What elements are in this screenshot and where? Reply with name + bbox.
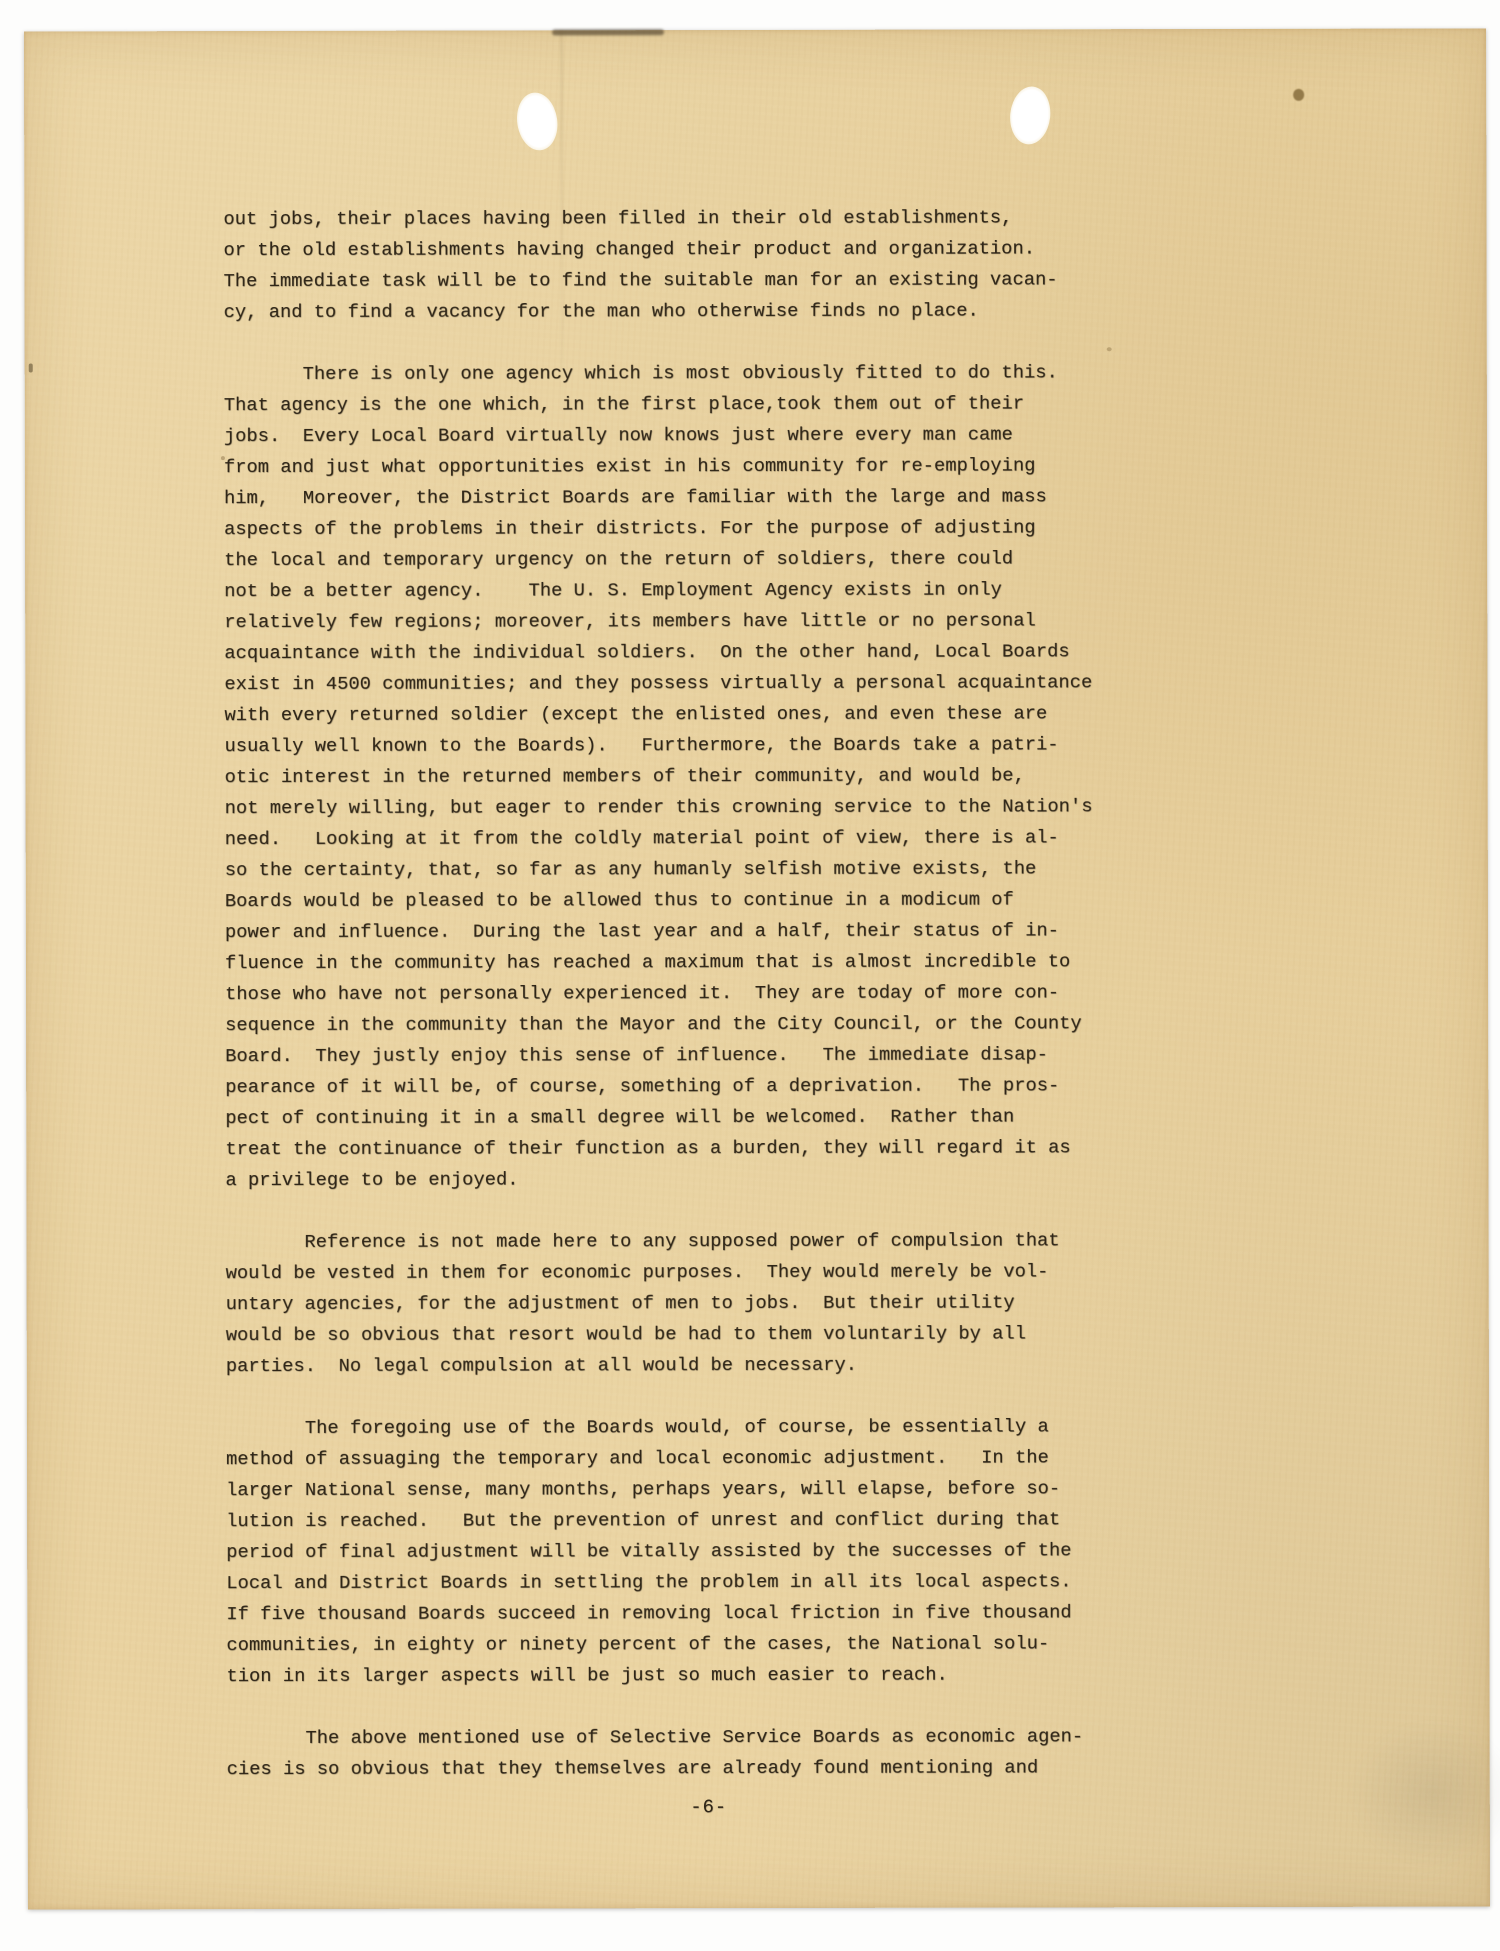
page-number: -6- bbox=[259, 1791, 1159, 1824]
text-line: not be a better agency. The U. S. Employ… bbox=[224, 574, 1184, 607]
text-line: so the certainty, that, so far as any hu… bbox=[225, 853, 1185, 886]
text-line: The foregoing use of the Boards would, o… bbox=[226, 1411, 1186, 1444]
text-line: aspects of the problems in their distric… bbox=[224, 512, 1184, 545]
text-line: The immediate task will be to find the s… bbox=[224, 264, 1184, 297]
text-line: need. Looking at it from the coldly mate… bbox=[225, 822, 1185, 855]
text-line: untary agencies, for the adjustment of m… bbox=[226, 1287, 1186, 1320]
text-line: Reference is not made here to any suppos… bbox=[226, 1225, 1186, 1258]
document-page: out jobs, their places having been fille… bbox=[24, 28, 1490, 1909]
text-line: cies is so obvious that they themselves … bbox=[227, 1752, 1187, 1785]
text-line: larger National sense, many months, perh… bbox=[226, 1473, 1186, 1506]
paragraph: Reference is not made here to any suppos… bbox=[226, 1225, 1186, 1382]
text-line: fluence in the community has reached a m… bbox=[225, 946, 1185, 979]
text-line: period of final adjustment will be vital… bbox=[226, 1535, 1186, 1568]
text-line: pearance of it will be, of course, somet… bbox=[225, 1070, 1185, 1103]
text-line: method of assuaging the temporary and lo… bbox=[226, 1442, 1186, 1475]
text-line: out jobs, their places having been fille… bbox=[223, 202, 1183, 235]
paragraph: out jobs, their places having been fille… bbox=[223, 202, 1183, 328]
text-line: him, Moreover, the District Boards are f… bbox=[224, 481, 1184, 514]
text-line: the local and temporary urgency on the r… bbox=[224, 543, 1184, 576]
text-line: Boards would be pleased to be allowed th… bbox=[225, 884, 1185, 917]
text-line: acquaintance with the individual soldier… bbox=[224, 636, 1184, 669]
text-line: If five thousand Boards succeed in remov… bbox=[226, 1597, 1186, 1630]
text-line: cy, and to find a vacancy for the man wh… bbox=[224, 295, 1184, 328]
text-line: communities, in eighty or ninety percent… bbox=[226, 1628, 1186, 1661]
text-line: tion in its larger aspects will be just … bbox=[226, 1659, 1186, 1692]
paper-speck bbox=[29, 364, 33, 373]
text-line: those who have not personally experience… bbox=[225, 977, 1185, 1010]
text-line: usually well known to the Boards). Furth… bbox=[225, 729, 1185, 762]
text-line: There is only one agency which is most o… bbox=[224, 357, 1184, 390]
ink-spot bbox=[1293, 89, 1304, 101]
text-line: a privilege to be enjoyed. bbox=[225, 1163, 1185, 1196]
text-line: That agency is the one which, in the fir… bbox=[224, 388, 1184, 421]
text-line: with every returned soldier (except the … bbox=[224, 698, 1184, 731]
text-line: relatively few regions; moreover, its me… bbox=[224, 605, 1184, 638]
stain bbox=[552, 29, 664, 35]
paragraph: The above mentioned use of Selective Ser… bbox=[227, 1721, 1187, 1785]
text-line: not merely willing, but eager to render … bbox=[225, 791, 1185, 824]
text-line: otic interest in the returned members of… bbox=[225, 760, 1185, 793]
text-line: power and influence. During the last yea… bbox=[225, 915, 1185, 948]
text-line: treat the continuance of their function … bbox=[225, 1132, 1185, 1165]
paragraph: There is only one agency which is most o… bbox=[224, 357, 1186, 1196]
text-line: pect of continuing it in a small degree … bbox=[225, 1101, 1185, 1134]
text-line: Local and District Boards in settling th… bbox=[226, 1566, 1186, 1599]
text-line: lution is reached. But the prevention of… bbox=[226, 1504, 1186, 1537]
paragraph: The foregoing use of the Boards would, o… bbox=[226, 1411, 1187, 1692]
scanned-document: { "colors": { "paper": "#e9d2a0", "ink":… bbox=[0, 0, 1500, 1951]
text-block: out jobs, their places having been fille… bbox=[223, 202, 1186, 1785]
text-line: would be so obvious that resort would be… bbox=[226, 1318, 1186, 1351]
text-line: Board. They justly enjoy this sense of i… bbox=[225, 1039, 1185, 1072]
text-line: or the old establishments having changed… bbox=[223, 233, 1183, 266]
text-line: jobs. Every Local Board virtually now kn… bbox=[224, 419, 1184, 452]
text-line: The above mentioned use of Selective Ser… bbox=[227, 1721, 1187, 1754]
stain bbox=[1348, 1718, 1500, 1868]
text-line: would be vested in them for economic pur… bbox=[226, 1256, 1186, 1289]
punch-hole-left bbox=[513, 90, 561, 153]
text-line: sequence in the community than the Mayor… bbox=[225, 1008, 1185, 1041]
text-line: from and just what opportunities exist i… bbox=[224, 450, 1184, 483]
text-line: exist in 4500 communities; and they poss… bbox=[224, 667, 1184, 700]
punch-hole-right bbox=[1007, 85, 1053, 147]
text-line: parties. No legal compulsion at all woul… bbox=[226, 1349, 1186, 1382]
